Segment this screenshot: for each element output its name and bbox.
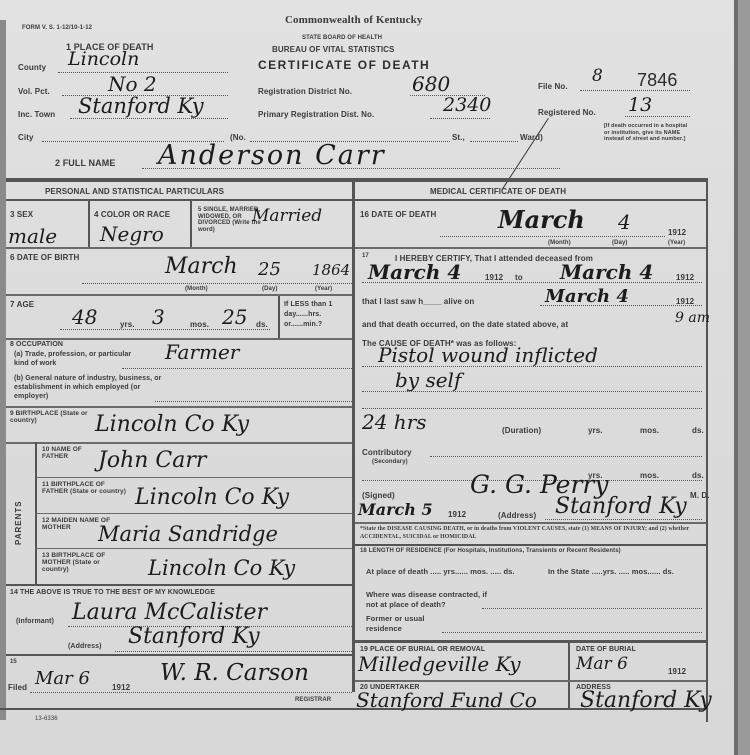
father-name-value: John Carr [98,448,206,473]
section-top-rule [6,178,708,182]
race-divider [190,201,192,247]
board-heading: STATE BOARD OF HEALTH [302,35,382,41]
row-rule [6,654,352,656]
dod-day: 4 [618,210,631,234]
filed-number: 15 [10,659,17,665]
city-st-label: St., [452,133,465,142]
burial-date-year: 1912 [668,667,686,676]
primary-registration-label: Primary Registration Dist. No. [258,110,374,119]
date-of-death-label: 16 DATE OF DEATH [360,210,436,219]
secondary-label: (Secondary) [372,459,408,465]
undertaker-value: Stanford Fund Co [356,688,537,712]
age-divider [278,296,280,338]
informant-address-line [115,651,352,652]
right-edge-border [738,0,750,755]
dob-day: 25 [258,259,281,280]
center-divider [352,182,355,692]
city-label: City [18,133,34,142]
age-ds-label: ds. [256,320,268,329]
age-mos-label: mos. [190,320,209,329]
burial-divider [568,642,570,710]
mother-birthplace-label: 13 BIRTHPLACE OF MOTHER (State or countr… [42,552,128,573]
father-name-label: 10 NAME OF FATHER [42,446,102,460]
occupation-a-label: (a) Trade, profession, or particular kin… [14,350,132,368]
color-race-value: Negro [100,222,164,246]
row-rule [355,522,706,524]
informant-address-label: (Address) [68,643,102,650]
physician-address-value: Stanford Ky [555,494,687,519]
signed-date-value: March 5 [358,500,433,519]
vol-pct-value: No 2 [108,72,157,96]
contributory-mos-label: mos. [640,471,659,480]
row-rule [355,544,706,546]
attended-from-year: 1912 [485,273,503,282]
file-no-label: File No. [538,82,568,91]
registration-district-value: 680 [412,72,450,96]
row-rule [355,680,706,682]
last-saw-label: that I last saw h____ alive on [362,297,474,306]
medical-section-title: MEDICAL CERTIFICATE OF DEATH [430,187,566,196]
cause-footnote: *State the DISEASE CAUSING DEATH, or in … [360,525,705,541]
less-than-day-label: If LESS than 1 day......hrs. or......min… [284,300,350,330]
dod-year: 1912 [668,228,686,237]
dod-line [440,236,665,237]
dob-line [82,283,352,284]
age-yrs-label: yrs. [120,320,135,329]
row-rule [6,406,352,408]
duration-value: 24 hrs [362,410,427,434]
occupation-value: Farmer [165,340,239,364]
row-rule [36,513,352,514]
informant-address-value: Stanford Ky [128,624,260,649]
inc-town-line [70,118,228,119]
contributory-ds-label: ds. [692,471,704,480]
age-years: 48 [72,305,97,329]
city-ward-label: Ward) [520,133,543,142]
bureau-heading: BUREAU OF VITAL STATISTICS [272,45,394,54]
occupation-a-line [122,368,352,369]
duration-label: (Duration) [502,426,541,435]
age-days: 25 [222,305,247,329]
county-label: County [18,63,46,72]
former-residence-label: Former or usual residence [366,614,446,634]
row-rule [6,294,352,296]
burial-date-value: Mar 6 [576,654,628,674]
right-divider [706,182,708,722]
sex-divider [88,201,90,247]
sex-label: 3 SEX [10,210,33,219]
form-number: FORM V. S. 1-12/10-1-12 [22,25,92,31]
inc-town-label: Inc. Town [18,110,55,119]
dob-year: 1864 [312,261,350,279]
left-edge-border [0,20,6,720]
sex-value: male [8,224,57,248]
death-certificate: FORM V. S. 1-12/10-1-12 Commonwealth of … [0,0,750,755]
attended-line [362,282,702,283]
physician-address-label: (Address) [498,511,536,520]
last-saw-value: March 4 [545,286,629,307]
birthplace-value: Lincoln Co Ky [95,412,249,437]
at-place-of-death-label: At place of death ..... yrs...... mos. .… [366,567,516,577]
in-state-label: In the State .....yrs. ..... mos...... d… [548,567,703,577]
primary-registration-value: 2340 [443,94,491,116]
marital-value: Married [252,206,322,226]
full-name-label: 2 FULL NAME [55,158,115,168]
certificate-title: CERTIFICATE OF DEATH [258,58,430,72]
attended-to-label: to [515,273,523,282]
attended-from-value: March 4 [368,260,461,284]
row-rule [355,640,706,643]
occupation-b-line [155,401,352,402]
registration-district-label: Registration District No. [258,87,352,96]
father-birthplace-label: 11 BIRTHPLACE OF FATHER (State or countr… [42,481,128,495]
duration-yrs-label: yrs. [588,426,603,435]
certify-number: 17 [362,253,369,259]
full-name-value: Anderson Carr [158,140,386,171]
registered-no-line [625,116,690,117]
burial-date-label: DATE OF BURIAL [576,646,636,653]
occupation-label: 8 OCCUPATION [10,341,63,348]
contributory-line [430,456,702,457]
filed-year: 1912 [112,683,130,692]
vol-pct-label: Vol. Pct. [18,87,50,96]
last-saw-line [540,305,702,306]
cause-line-3-rule [362,408,702,409]
section-sub-rule [6,199,708,201]
contributory-label: Contributory [362,448,412,457]
physician-address-line [545,519,702,520]
death-occurred-label: and that death occurred, on the date sta… [362,320,568,329]
filed-date: Mar 6 [35,668,90,689]
cause-line-2-rule [362,391,702,392]
cause-line-2: by self [395,368,461,392]
row-rule [6,442,352,444]
birthplace-label: 9 BIRTHPLACE (State or country) [10,410,90,424]
duration-ds-label: ds. [692,426,704,435]
registrar-signature: W. R. Carson [160,660,309,686]
where-contracted-label: Where was disease contracted, if not at … [366,590,501,610]
burial-place-value: Milledgeville Ky [358,652,521,676]
duration-mos-label: mos. [640,426,659,435]
death-time-value: 9 am [675,310,710,326]
undertaker-address-value: Stanford Ky [580,688,712,713]
file-no-value: 7846 [637,70,677,91]
ward-line [470,141,518,142]
age-label: 7 AGE [10,300,34,309]
hospital-note: [If death occurred in a hospital or inst… [604,123,692,143]
where-contracted-line [482,608,702,609]
former-residence-line [442,632,702,633]
mother-birthplace-value: Lincoln Co Ky [148,556,295,580]
dod-month: March [498,205,585,234]
parents-label: PARENTS [14,500,23,545]
dob-month-caption: (Month) [185,286,208,292]
row-rule [355,247,706,249]
form-code: 13-6336 [35,716,58,722]
file-no-prefix: 8 [592,66,603,86]
cause-line-1: Pistol wound inflicted [378,343,598,367]
dod-month-caption: (Month) [548,240,571,246]
row-rule [6,584,352,586]
personal-section-title: PERSONAL AND STATISTICAL PARTICULARS [45,187,224,196]
age-line [60,329,270,330]
row-rule [36,477,352,478]
attended-to-value: March 4 [560,260,653,284]
row-rule [36,548,352,549]
cause-line-1-rule [362,366,702,367]
age-months: 3 [152,305,165,329]
informant-value: Laura McCalister [72,600,267,625]
father-birthplace-value: Lincoln Co Ky [135,485,289,510]
dob-month: March [165,254,238,279]
registrar-label: REGISTRAR [295,697,331,703]
dob-label: 6 DATE OF BIRTH [10,253,79,262]
inc-town-value: Stanford Ky [78,94,204,118]
occupation-b-label: (b) General nature of industry, business… [14,374,164,401]
county-value: Lincoln [68,48,139,70]
dod-day-caption: (Day) [612,240,628,246]
length-of-residence-label: 18 LENGTH OF RESIDENCE (For Hospitals, I… [360,548,705,555]
filed-label: Filed [8,683,27,692]
primary-registration-line [430,118,490,119]
mother-name-value: Maria Sandridge [98,522,278,546]
attended-to-year: 1912 [676,273,694,282]
commonwealth-heading: Commonwealth of Kentucky [285,14,422,26]
dod-year-caption: (Year) [668,240,685,246]
informant-label: (Informant) [16,618,54,625]
registered-no-label: Registered No. [538,108,596,117]
color-race-label: 4 COLOR OR RACE [94,210,170,219]
signed-year: 1912 [448,510,466,519]
row-rule [6,247,352,249]
registered-no-value: 13 [628,94,652,116]
above-true-label: 14 THE ABOVE IS TRUE TO THE BEST OF MY K… [10,589,215,596]
dob-year-caption: (Year) [315,286,332,292]
dob-day-caption: (Day) [262,286,278,292]
filed-line [30,692,352,693]
md-label: M. D. [690,491,710,500]
signed-label: (Signed) [362,491,395,500]
